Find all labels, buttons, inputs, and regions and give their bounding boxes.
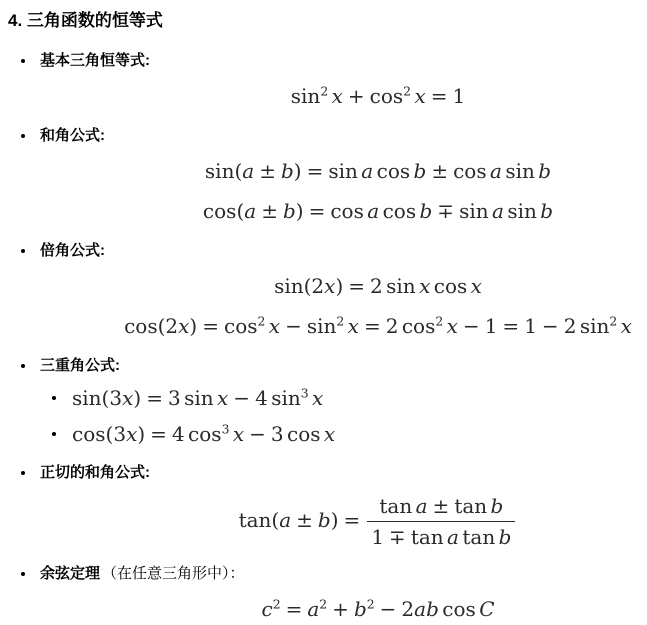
math-operator: =: [502, 314, 519, 338]
display-equation: sin(a±b)=sinacosb±cosasinb: [0, 157, 647, 186]
bullet-icon: [21, 364, 25, 368]
math-function: sin: [271, 386, 301, 410]
superscript: 2: [258, 313, 266, 328]
math-variable: b: [499, 525, 512, 549]
section-label-note: （在任意三角形中）：: [102, 564, 245, 584]
math-function: cos: [287, 422, 321, 446]
math-number: 2: [386, 314, 399, 338]
display-equation: c2=a2+b2−2abcosC: [0, 595, 647, 624]
math-function: sin: [580, 314, 610, 338]
math-paren: ): [335, 274, 343, 298]
math-variable: a: [416, 494, 428, 518]
bullet-icon: [21, 59, 25, 63]
math-function: cos: [330, 199, 364, 223]
section-label-row: 三重角公式:: [0, 356, 120, 376]
math-operator: =: [286, 597, 303, 621]
math-number: 3: [109, 386, 122, 410]
math-operator: −: [463, 314, 480, 338]
inline-equation: sin(3x)=3sinx−4sin3x: [72, 384, 323, 412]
math-function: sin: [386, 274, 416, 298]
math-variable: x: [269, 314, 280, 338]
math-function: sin: [184, 386, 214, 410]
math-variable: x: [621, 314, 632, 338]
math-operator: ±: [261, 199, 278, 223]
math-function: cos: [188, 422, 222, 446]
sub-list-item: sin(3x)=3sinx−4sin3x: [0, 384, 323, 412]
display-equation: sin2x+cos2x=1: [0, 82, 647, 111]
display-equation: tan(a±b)=tana±tanb1∓tanatanb: [0, 494, 647, 549]
math-function: tan: [454, 494, 487, 518]
math-number: 2: [370, 274, 383, 298]
math-variable: x: [332, 84, 343, 108]
math-function: tan: [462, 525, 495, 549]
math-operator: ±: [433, 494, 450, 518]
math-variable: a: [492, 199, 504, 223]
math-variable: b: [419, 199, 432, 223]
math-function: tan: [239, 508, 272, 532]
math-variable: b: [538, 159, 551, 183]
math-variable: a: [279, 508, 291, 532]
section-label-row: 倍角公式:: [0, 241, 105, 261]
math-paren: ): [296, 199, 304, 223]
math-paren: ): [189, 314, 197, 338]
math-paren: ): [133, 386, 141, 410]
math-number: 1: [485, 314, 498, 338]
math-number: 1: [524, 314, 537, 338]
math-number: 2: [311, 274, 324, 298]
math-number: 1: [452, 84, 465, 108]
superscript: 2: [609, 313, 617, 328]
math-operator: +: [332, 597, 349, 621]
math-operator: ±: [431, 159, 448, 183]
math-variable: x: [217, 386, 228, 410]
math-variable: a: [414, 597, 426, 621]
math-variable: x: [471, 274, 482, 298]
math-variable: b: [540, 199, 553, 223]
math-operator: ±: [259, 159, 276, 183]
math-function: cos: [402, 314, 436, 338]
math-variable: b: [426, 597, 439, 621]
math-variable: x: [126, 422, 137, 446]
display-equation: cos(2x)=cos2x−sin2x=2cos2x−1=1−2sin2x: [0, 312, 647, 341]
math-operator: =: [202, 314, 219, 338]
math-paren: ): [294, 159, 302, 183]
section-label-row: 余弦定理（在任意三角形中）：: [0, 564, 245, 584]
math-function: cos: [124, 314, 158, 338]
superscript: 3: [222, 421, 230, 436]
math-function: cos: [383, 199, 417, 223]
math-function: tan: [411, 525, 444, 549]
math-function: cos: [224, 314, 258, 338]
superscript: 2: [319, 596, 327, 611]
math-variable: C: [479, 597, 494, 621]
math-variable: b: [283, 199, 296, 223]
math-variable: x: [414, 84, 425, 108]
math-variable: a: [447, 525, 459, 549]
math-operator: =: [309, 199, 326, 223]
math-number: 2: [564, 314, 577, 338]
math-function: sin: [307, 314, 337, 338]
math-function: sin: [291, 84, 321, 108]
math-variable: c: [261, 597, 272, 621]
math-function: cos: [377, 159, 411, 183]
page-title: 4. 三角函数的恒等式: [8, 11, 163, 31]
math-operator: +: [348, 84, 365, 108]
bullet-icon: [52, 396, 56, 400]
math-variable: x: [178, 314, 189, 338]
math-number: 3: [113, 422, 126, 446]
bullet-icon: [21, 572, 25, 576]
superscript: 2: [336, 313, 344, 328]
math-variable: x: [233, 422, 244, 446]
math-function: sin: [328, 159, 358, 183]
math-function: tan: [379, 494, 412, 518]
math-operator: =: [307, 159, 324, 183]
math-operator: −: [249, 422, 266, 446]
math-number: 3: [168, 386, 181, 410]
math-number: 4: [255, 386, 268, 410]
bullet-icon: [21, 471, 25, 475]
math-variable: a: [244, 199, 256, 223]
math-operator: −: [542, 314, 559, 338]
display-equation: cos(a±b)=cosacosb∓sinasinb: [0, 197, 647, 226]
superscript: 2: [435, 313, 443, 328]
section-label-row: 和角公式:: [0, 126, 105, 146]
superscript: 3: [301, 385, 309, 400]
math-variable: a: [490, 159, 502, 183]
superscript: 2: [367, 596, 375, 611]
math-operator: =: [348, 274, 365, 298]
math-number: 4: [172, 422, 185, 446]
superscript: 2: [403, 83, 411, 98]
math-operator: −: [233, 386, 250, 410]
inline-equation: cos(3x)=4cos3x−3cosx: [72, 420, 335, 448]
math-paren: ): [331, 508, 339, 532]
bullet-icon: [21, 249, 25, 253]
sub-list-item: cos(3x)=4cos3x−3cosx: [0, 420, 335, 448]
math-variable: b: [491, 494, 504, 518]
fraction: tana±tanb1∓tanatanb: [367, 494, 515, 549]
math-variable: b: [318, 508, 331, 532]
math-variable: x: [419, 274, 430, 298]
section-label: 和角公式:: [40, 126, 105, 146]
math-operator: =: [344, 508, 361, 532]
math-variable: a: [307, 597, 319, 621]
math-variable: a: [367, 199, 379, 223]
math-operator: ∓: [389, 525, 406, 549]
math-operator: ∓: [437, 199, 454, 223]
fraction-denominator: 1∓tanatanb: [367, 521, 515, 549]
math-number: 2: [401, 597, 414, 621]
math-function: cos: [442, 597, 476, 621]
math-operator: =: [364, 314, 381, 338]
section-label: 三重角公式:: [40, 356, 120, 376]
fraction-numerator: tana±tanb: [367, 494, 515, 521]
math-function: sin: [72, 386, 102, 410]
math-operator: −: [380, 597, 397, 621]
math-variable: x: [312, 386, 323, 410]
superscript: 2: [273, 596, 281, 611]
math-function: sin: [459, 199, 489, 223]
section-label: 倍角公式:: [40, 241, 105, 261]
math-variable: x: [324, 274, 335, 298]
math-number: 3: [271, 422, 284, 446]
math-function: cos: [434, 274, 468, 298]
section-label: 余弦定理: [40, 564, 100, 584]
math-variable: x: [324, 422, 335, 446]
math-variable: a: [242, 159, 254, 183]
display-equation: sin(2x)=2sinxcosx: [0, 272, 647, 301]
bullet-icon: [21, 134, 25, 138]
math-function: sin: [205, 159, 235, 183]
math-function: sin: [274, 274, 304, 298]
document-body: 4. 三角函数的恒等式 基本三角恒等式:sin2x+cos2x=1和角公式:si…: [0, 0, 647, 624]
bullet-icon: [52, 432, 56, 436]
math-function: cos: [370, 84, 404, 108]
math-variable: a: [361, 159, 373, 183]
math-number: 1: [371, 525, 384, 549]
section-label: 基本三角恒等式:: [40, 51, 150, 71]
math-function: sin: [507, 199, 537, 223]
section-label-row: 基本三角恒等式:: [0, 51, 150, 71]
math-paren: ): [137, 422, 145, 446]
math-variable: b: [354, 597, 367, 621]
math-function: sin: [505, 159, 535, 183]
math-function: cos: [203, 199, 237, 223]
section-label: 正切的和角公式:: [40, 463, 150, 483]
math-function: cos: [72, 422, 106, 446]
math-variable: x: [348, 314, 359, 338]
section-label-row: 正切的和角公式:: [0, 463, 150, 483]
math-variable: b: [281, 159, 294, 183]
math-variable: x: [447, 314, 458, 338]
math-variable: x: [122, 386, 133, 410]
math-operator: −: [285, 314, 302, 338]
math-number: 2: [165, 314, 178, 338]
math-operator: =: [150, 422, 167, 446]
math-variable: b: [414, 159, 427, 183]
math-operator: ±: [296, 508, 313, 532]
math-operator: =: [431, 84, 448, 108]
superscript: 2: [320, 83, 328, 98]
math-operator: =: [146, 386, 163, 410]
math-function: cos: [453, 159, 487, 183]
